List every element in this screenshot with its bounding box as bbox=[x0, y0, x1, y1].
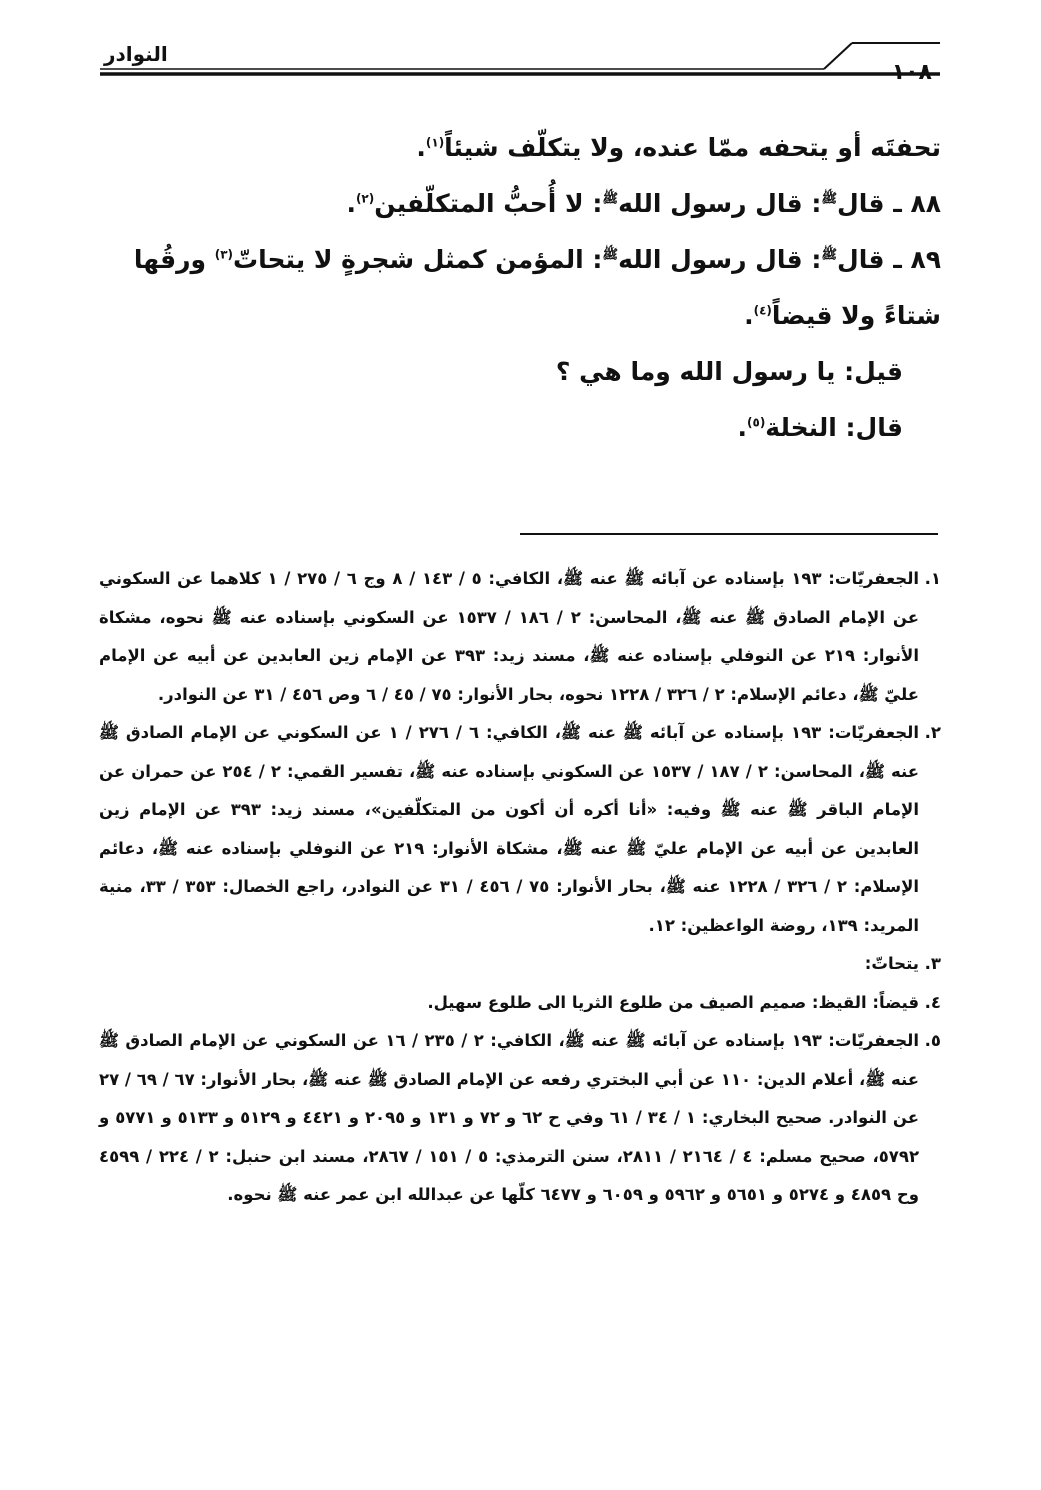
honorific-icon: ﷺ bbox=[821, 248, 837, 263]
footnote-5: ٥. الجعفريّات: ١٩٣ بإسناده عن آبائه ﷺ عن… bbox=[99, 1022, 941, 1215]
footnote-number: ٤. bbox=[925, 984, 941, 1023]
footnote-2: ٢. الجعفريّات: ١٩٣ بإسناده عن آبائه ﷺ عن… bbox=[99, 714, 941, 945]
running-header: النوادر ١٠٨ bbox=[100, 38, 940, 98]
footnote-number: ٣. bbox=[925, 945, 941, 984]
footnote-ref[interactable]: (١) bbox=[426, 136, 444, 150]
paragraph-continuation: تحفتَه أو يتحفه ممّا عنده، ولا يتكلّف شي… bbox=[99, 120, 941, 176]
footnotes: ١. الجعفريّات: ١٩٣ بإسناده عن آبائه ﷺ عن… bbox=[99, 560, 941, 1215]
hadith-intro: قال bbox=[837, 245, 884, 274]
hadith-number: ٨٨ ـ bbox=[893, 189, 941, 218]
question-text: قيل: يا رسول الله وما هي ؟ bbox=[556, 357, 903, 386]
hadith-88: ٨٨ ـ قالﷺ: قال رسول اللهﷺ: لا أُحبُّ الم… bbox=[99, 176, 941, 232]
answer-lead: قال bbox=[856, 413, 903, 442]
question-line: قيل: يا رسول الله وما هي ؟ bbox=[99, 344, 941, 400]
footnote-ref[interactable]: (٣) bbox=[215, 248, 233, 262]
paragraph-text: تحفتَه أو يتحفه ممّا عنده، ولا يتكلّف شي… bbox=[444, 133, 941, 162]
footnote-1: ١. الجعفريّات: ١٩٣ بإسناده عن آبائه ﷺ عن… bbox=[99, 560, 941, 714]
footnote-ref[interactable]: (٤) bbox=[754, 304, 772, 318]
footnote-text: الجعفريّات: ١٩٣ بإسناده عن آبائه ﷺ عنه ﷺ… bbox=[99, 723, 919, 935]
footnote-number: ٥. bbox=[925, 1022, 941, 1061]
footnote-text: يتحاتّ: bbox=[865, 954, 919, 973]
header-rule-graphic bbox=[100, 38, 940, 98]
footnote-ref[interactable]: (٢) bbox=[356, 192, 374, 206]
honorific-icon: ﷺ bbox=[821, 192, 837, 207]
footnote-text: الجعفريّات: ١٩٣ بإسناده عن آبائه ﷺ عنه ﷺ… bbox=[99, 1031, 919, 1204]
footnote-text: الجعفريّات: ١٩٣ بإسناده عن آبائه ﷺ عنه ﷺ… bbox=[99, 569, 919, 704]
main-text: تحفتَه أو يتحفه ممّا عنده، ولا يتكلّف شي… bbox=[99, 120, 941, 456]
running-title: النوادر bbox=[104, 42, 168, 66]
footnote-4: ٤. قيضاً: القيظ: صميم الصيف من طلوع الثر… bbox=[99, 984, 941, 1023]
hadith-text: : المؤمن كمثل شجرةٍ لا يتحاتّ bbox=[233, 245, 602, 274]
footnote-ref[interactable]: (٥) bbox=[747, 416, 765, 430]
hadith-number: ٨٩ ـ bbox=[893, 245, 941, 274]
book-page: النوادر ١٠٨ تحفتَه أو يتحفه ممّا عنده، و… bbox=[0, 0, 1041, 1490]
footnote-separator bbox=[520, 533, 938, 535]
footnote-text: قيضاً: القيظ: صميم الصيف من طلوع الثريا … bbox=[427, 993, 919, 1012]
hadith-intro: قال bbox=[837, 189, 884, 218]
hadith-lead: : قال رسول الله bbox=[618, 189, 821, 218]
page-number: ١٠٨ bbox=[892, 60, 932, 85]
hadith-text: : لا أُحبُّ المتكلّفين bbox=[374, 189, 602, 218]
footnote-number: ١. bbox=[925, 560, 941, 599]
footnote-3: ٣. يتحاتّ: bbox=[99, 945, 941, 984]
answer-text: : النخلة bbox=[765, 413, 855, 442]
hadith-lead: : قال رسول الله bbox=[618, 245, 821, 274]
honorific-icon: ﷺ bbox=[602, 248, 618, 263]
honorific-icon: ﷺ bbox=[602, 192, 618, 207]
footnote-number: ٢. bbox=[925, 714, 941, 753]
hadith-89: ٨٩ ـ قالﷺ: قال رسول اللهﷺ: المؤمن كمثل ش… bbox=[99, 232, 941, 344]
answer-line: قال: النخلة(٥). bbox=[99, 400, 941, 456]
